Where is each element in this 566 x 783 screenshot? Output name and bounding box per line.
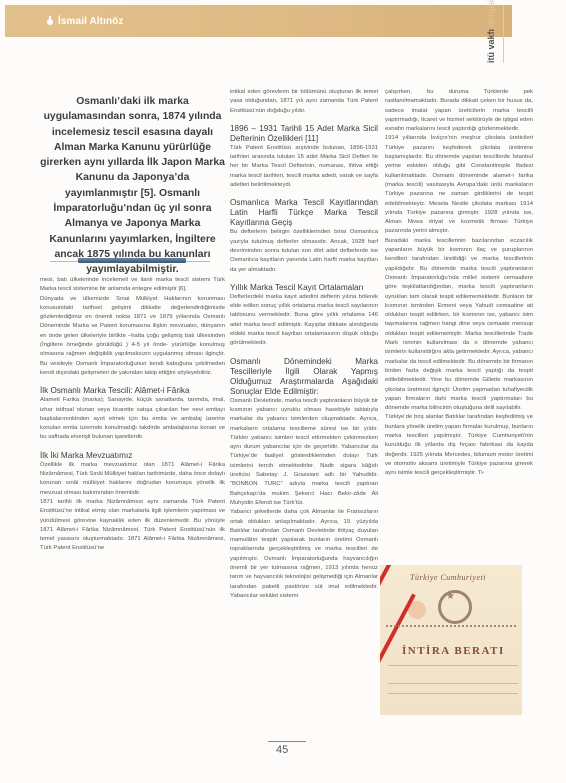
quote-divider-bar <box>78 258 186 263</box>
column-left: mesi, batı ülkelerinde incelemeli ve ila… <box>40 276 225 554</box>
star-icon: ★ <box>446 591 455 602</box>
certificate-banner: Türkiye Cumhuriyeti <box>410 573 486 582</box>
paragraph: Yabancı şirketlerde daha çok Almanlar il… <box>230 508 378 601</box>
header-author: İsmail Altınöz <box>47 16 123 27</box>
paragraph: Özellikle ilk marka mevzuatımız olan 187… <box>40 461 225 498</box>
column-right: çalışırken, bu duruma Türklerde pek rast… <box>385 88 533 478</box>
paragraph: 1871 tarihli ilk marka Nizâmnâmesi aynı … <box>40 498 225 554</box>
paragraph: Türk Patent Enstitüsü arşivinde bulunan,… <box>230 144 378 190</box>
section-heading: Osmanlıca Marka Tescil Kayıtlarından Lat… <box>230 198 378 228</box>
magazine-name: itü vakfı <box>486 29 496 63</box>
section-heading: İlk Osmanlı Marka Tescili: Alâmet-i Fâri… <box>40 386 225 396</box>
paragraph: Buradaki marka tescillerinin bazılarında… <box>385 237 533 414</box>
paragraph: Alameti Farika (marka); Sanayide, küçük … <box>40 396 225 442</box>
magazine-side-label: itü vakfı dergisi <box>486 0 496 63</box>
ornamental-border <box>386 625 516 633</box>
crescent-emblem-icon <box>438 590 472 624</box>
magazine-suffix: dergisi <box>486 0 496 26</box>
footer-rule <box>268 741 306 742</box>
paragraph: Türkiye’de boş alanlar Batılılar tarafın… <box>385 413 533 478</box>
form-line <box>388 683 518 684</box>
section-heading: 1896 – 1931 Tarihli 15 Adet Marka Sicil … <box>230 124 378 144</box>
side-divider <box>503 5 504 63</box>
paragraph: Osmanlı Devletinde, marka tescili yaptır… <box>230 397 378 509</box>
paragraph: 1914 yıllarında İsviçre’nin meşhur çikol… <box>385 134 533 236</box>
paragraph: Bu defterlerin belirgin özelliklerinden … <box>230 228 378 274</box>
author-name: İsmail Altınöz <box>58 16 123 27</box>
header-band: İsmail Altınöz <box>5 5 512 37</box>
apple-bullet-icon <box>47 19 53 25</box>
section-heading: Osmanlı Dönemindeki Marka Tescilleriyle … <box>230 357 378 397</box>
pull-quote: Osmanlı’daki ilk marka uygulamasından so… <box>40 94 225 278</box>
paragraph: mesi, batı ülkelerinde incelemeli ve ila… <box>40 276 225 295</box>
section-heading: Yıllık Marka Tescil Kayıt Ortalamaları <box>230 283 378 293</box>
page-number: 45 <box>276 744 288 756</box>
form-line <box>388 693 518 694</box>
paragraph: intikal eden görevlerin bir bölümünü olu… <box>230 88 378 116</box>
paragraph: Dünyada ve ülkemizde Sınai Mülkiyet Hakl… <box>40 295 225 379</box>
paragraph: Defterlerdeki marka kayıt adedini defter… <box>230 293 378 349</box>
paragraph: çalışırken, bu duruma Türklerde pek rast… <box>385 88 533 134</box>
red-ribbon <box>380 565 406 617</box>
column-middle: intikal eden görevlerin bir bölümünü olu… <box>230 88 378 601</box>
form-line <box>388 665 518 666</box>
section-heading: İlk İki Marka Mevzuatımız <box>40 451 225 461</box>
patent-certificate-image: Türkiye Cumhuriyeti ★ İNTİRA BERATI <box>380 565 522 715</box>
certificate-title: İNTİRA BERATI <box>402 645 505 657</box>
